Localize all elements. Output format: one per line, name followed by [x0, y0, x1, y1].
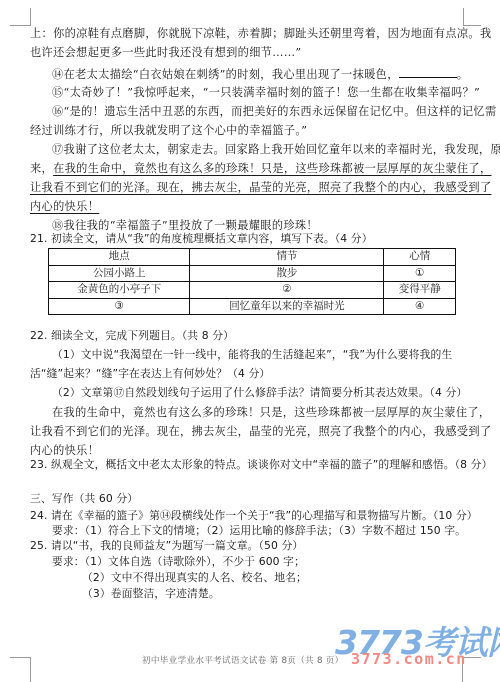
- underlined-sentence: 让我看不到它们的光泽。现在，拂去灰尘，晶莹的光亮，照亮了我整个的内心，我感受到了: [30, 181, 492, 195]
- question-24-stem: 24. 请在《幸福的篮子》第⑭段横线处作一个关于“我”的心理描写和景物描写片断。…: [30, 509, 478, 523]
- section-title-writing: 三、写作（共 60 分）: [30, 492, 138, 506]
- quoted-passage: 在我的生命中，竟然也有这么多的珍珠！只是，这些珍珠都被一层厚厚的灰尘蒙住了，: [52, 406, 490, 420]
- table-cell-blank[interactable]: ④: [384, 298, 456, 315]
- table-header: 心情: [384, 249, 456, 266]
- table-cell-blank[interactable]: ②: [190, 282, 384, 299]
- paragraph-15: ⑮“太奇妙了！”我惊呼起来，“一只装满幸福时刻的篮子！您一生都在收集幸福吗？”: [52, 86, 480, 100]
- paragraph-number: ⑮: [52, 86, 64, 99]
- question-22-sub1: （1）文中说“我渴望在一针一线中，能将我的生活缝起来”，“我”为什么要将我的生: [52, 348, 452, 362]
- answer-blank[interactable]: [399, 66, 457, 78]
- paragraph-text: “是的！遗忘生活中丑恶的东西，而把美好的东西永远保留在记忆中。但这样的记忆需: [64, 105, 497, 118]
- paragraph-number: ⑰: [52, 143, 64, 156]
- question-22-sub1-cont: 活“缝”起来？“缝”字在表达上有何妙处？（4 分）: [30, 367, 270, 381]
- quoted-passage: 内心的快乐！: [30, 444, 99, 458]
- page-footer: 初中毕业学业水平考试语文试卷 第 8页（共 8 页）: [142, 654, 344, 666]
- table-cell: 变得平静: [384, 282, 456, 299]
- table-cell-blank[interactable]: ③: [49, 298, 190, 315]
- table-header: 地点: [49, 249, 190, 266]
- question-23-stem: 23. 纵观全文，概括文中老太太形象的特点。谈谈你对文中“幸福的篮子”的理解和感…: [30, 458, 492, 472]
- question-22-stem: 22. 细读全文，完成下列题目。（共 8 分）: [30, 329, 234, 343]
- paragraph-number: ⑯: [52, 105, 64, 118]
- passage-line: 也许还会想起更多一些此时我还没有想到的细节……”: [30, 46, 301, 60]
- paragraph-text: “太奇妙了！”我惊呼起来，“一只装满幸福时刻的篮子！您一生都在收集幸福吗？”: [64, 86, 481, 99]
- paragraph-18: ⑱我往我的“幸福篮子”里投放了一颗最耀眼的珍珠！: [52, 219, 318, 233]
- paragraph-number: ⑱: [52, 219, 64, 232]
- table-row: 公园小路上 散步 ①: [49, 265, 456, 282]
- paragraph-17: ⑰我谢了这位老太太，朝家走去。回家路上我开始回忆童年以来的幸福时光，我发现，原: [52, 143, 500, 157]
- underlined-sentence: 在我的生命中，竟然也有这么多的珍珠！只是，这些珍珠都被一层厚厚的灰尘蒙住了，: [53, 162, 491, 175]
- paragraph-text: 我谢了这位老太太，朝家走去。回家路上我开始回忆童年以来的幸福时光，我发现，原: [64, 143, 500, 156]
- paragraph-text: 我往我的“幸福篮子”里投放了一颗最耀眼的珍珠！: [64, 219, 318, 232]
- question-25-requirement: （3）卷面整洁，字迹清楚。: [82, 587, 220, 601]
- passage-line: 上：你的凉鞋有点磨脚，你就脱下凉鞋，赤着脚；脚趾头还朝里弯着，因为地面有点凉。我: [30, 27, 492, 41]
- paragraph-16: ⑯“是的！遗忘生活中丑恶的东西，而把美好的东西永远保留在记忆中。但这样的记忆需: [52, 105, 497, 119]
- question-25-requirement: （2）文中不得出现真实的人名、校名、地名；: [82, 571, 307, 585]
- table-cell: 散步: [190, 265, 384, 282]
- table-cell: 公园小路上: [49, 265, 190, 282]
- plain-text: 来，: [30, 162, 53, 175]
- paragraph-16-cont: 经过训练才行，所以我就发明了这个心中的幸福篮子。”: [30, 124, 307, 138]
- table-header-row: 地点 情节 心情: [49, 249, 456, 266]
- table-cell: 回忆童年以来的幸福时光: [190, 298, 384, 315]
- crop-mark-top-right: [463, 8, 481, 26]
- punctuation: 。: [457, 68, 469, 81]
- table-cell: 金黄色的小亭子下: [49, 282, 190, 299]
- question-24-requirement: 要求：（1）符合上下文的情境；（2）运用比喻的修辞手法；（3）字数不超过 150…: [52, 524, 466, 538]
- summary-table: 地点 情节 心情 公园小路上 散步 ① 金黄色的小亭子下 ② 变得平静 ③ 回忆…: [48, 248, 456, 315]
- question-21-stem: 21. 初读全文，请从“我”的角度梳理概括文章内容，填写下表。（4 分）: [30, 232, 373, 246]
- question-25-requirement: 要求：（1）文体自选（诗歌除外），不少于 600 字；: [52, 555, 305, 569]
- table-row: 金黄色的小亭子下 ② 变得平静: [49, 282, 456, 299]
- underlined-sentence: 内心的快乐！: [30, 200, 99, 214]
- question-22-sub2: （2）文章第⑰自然段划线句子运用了什么修辞手法？请简要分析其表达效果。（4 分）: [52, 386, 467, 400]
- quoted-passage: 让我看不到它们的光泽。现在，拂去灰尘，晶莹的光亮，照亮了我整个的内心，我感受到了: [30, 425, 492, 439]
- watermark-url: 3773.com.cn: [351, 650, 467, 668]
- paragraph-number: ⑭: [52, 68, 64, 81]
- table-header: 情节: [190, 249, 384, 266]
- question-25-stem: 25. 请以“书，我的良师益友”为题写一篇文章。（50 分）: [30, 539, 303, 553]
- paragraph-17-cont: 来，在我的生命中，竟然也有这么多的珍珠！只是，这些珍珠都被一层厚厚的灰尘蒙住了，: [30, 162, 492, 176]
- table-row: ③ 回忆童年以来的幸福时光 ④: [49, 298, 456, 315]
- table-cell-blank[interactable]: ①: [384, 265, 456, 282]
- crop-mark-top-left: [10, 8, 31, 26]
- paragraph-text: 在老太太描绘“白衣姑娘在刺绣”的时刻，我心里出现了一抹暖色，: [64, 68, 399, 81]
- crop-mark-bottom-left: [10, 657, 31, 682]
- paragraph-14: ⑭在老太太描绘“白衣姑娘在刺绣”的时刻，我心里出现了一抹暖色，。: [52, 66, 468, 82]
